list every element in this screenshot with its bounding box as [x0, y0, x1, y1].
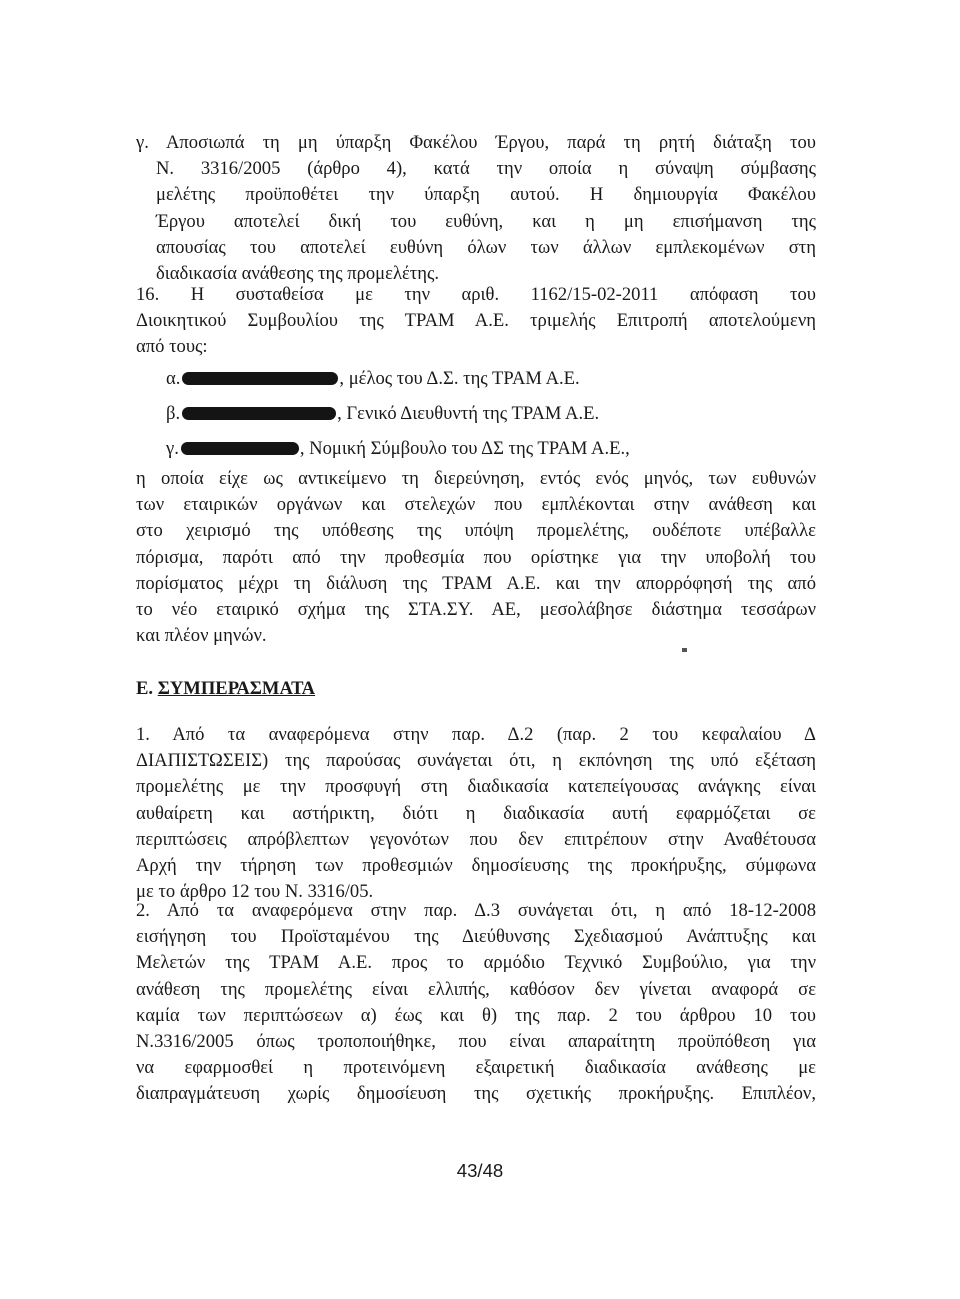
text-line: και πλέον μηνών. — [136, 623, 816, 649]
text-line: 2. Από τα αναφερόμενα στην παρ. Δ.3 συνά… — [136, 898, 816, 924]
text-line: διαπραγμάτευση χωρίς δημοσίευση της σχετ… — [136, 1081, 816, 1107]
document-page: γ. Αποσιωπά τη μη ύπαρξη Φακέλου Έργου, … — [0, 0, 960, 1299]
redacted-name — [181, 442, 299, 455]
text-line: στο χειρισμό της υπόθεσης της υπόψη προμ… — [136, 518, 816, 544]
text-line: το νέο εταιρικό σχήμα της ΣΤΑ.ΣΥ. ΑΕ, με… — [136, 597, 816, 623]
conclusion-paragraph-2: 2. Από τα αναφερόμενα στην παρ. Δ.3 συνά… — [136, 898, 816, 1108]
text-line: αυθαίρετη και αστήρικτη, διότι η διαδικα… — [136, 801, 816, 827]
text-line: απουσίας του αποτελεί ευθύνη όλων των άλ… — [136, 235, 816, 261]
member-role: , Νομική Σύμβουλο του ΔΣ της ΤΡΑΜ Α.Ε., — [300, 438, 630, 459]
conclusion-paragraph-1: 1. Από τα αναφερόμενα στην παρ. Δ.2 (παρ… — [136, 722, 816, 905]
text-line: από τους: — [136, 334, 816, 360]
section-heading-prefix: Ε. — [136, 678, 158, 699]
text-line: καμία των περιπτώσεων α) έως και θ) της … — [136, 1003, 816, 1029]
section-heading: Ε. ΣΥΜΠΕΡΑΣΜΑΤΑ — [136, 678, 315, 700]
text-line: να εφαρμοσθεί η προτεινόμενη εξαιρετική … — [136, 1055, 816, 1081]
text-line: Αρχή την τήρηση των προθεσμιών δημοσίευσ… — [136, 853, 816, 879]
redacted-name — [182, 372, 338, 385]
text-line: η οποία είχε ως αντικείμενο τη διερεύνησ… — [136, 466, 816, 492]
text-line: 1. Από τα αναφερόμενα στην παρ. Δ.2 (παρ… — [136, 722, 816, 748]
text-line: Ν.3316/2005 όπως τροποποιήθηκε, που είνα… — [136, 1029, 816, 1055]
committee-member-c: γ., Νομική Σύμβουλο του ΔΣ της ΤΡΑΜ Α.Ε.… — [166, 436, 630, 462]
text-line: 16. Η συσταθείσα με την αριθ. 1162/15-02… — [136, 282, 816, 308]
redacted-name — [182, 407, 336, 420]
text-line: ΔΙΑΠΙΣΤΩΣΕΙΣ) της παρούσας συνάγεται ότι… — [136, 748, 816, 774]
member-role: , Γενικό Διευθυντή της ΤΡΑΜ Α.Ε. — [337, 403, 599, 424]
item-gamma-paragraph: γ. Αποσιωπά τη μη ύπαρξη Φακέλου Έργου, … — [136, 130, 816, 287]
text-line: των εταιρικών οργάνων και στελεχών που ε… — [136, 492, 816, 518]
text-line: πόρισμα, παρότι από την προθεσμία που ορ… — [136, 545, 816, 571]
text-line: εισήγηση του Προϊσταμένου της Διεύθυνσης… — [136, 924, 816, 950]
text-line: προμελέτης με την προσφυγή στη διαδικασί… — [136, 774, 816, 800]
member-role: , μέλος του Δ.Σ. της ΤΡΑΜ Α.Ε. — [339, 368, 579, 389]
text-line: Ν. 3316/2005 (άρθρο 4), κατά την οποία η… — [136, 156, 816, 182]
list-prefix: γ. — [166, 438, 179, 459]
text-line: Μελετών της ΤΡΑΜ Α.Ε. προς το αρμόδιο Τε… — [136, 950, 816, 976]
committee-member-a: α., μέλος του Δ.Σ. της ΤΡΑΜ Α.Ε. — [166, 366, 580, 392]
item-16-paragraph: 16. Η συσταθείσα με την αριθ. 1162/15-02… — [136, 282, 816, 361]
text-line: Έργου αποτελεί δική του ευθύνη, και η μη… — [136, 209, 816, 235]
list-prefix: α. — [166, 368, 180, 389]
committee-member-b: β., Γενικό Διευθυντή της ΤΡΑΜ Α.Ε. — [166, 401, 599, 427]
text-line: γ. Αποσιωπά τη μη ύπαρξη Φακέλου Έργου, … — [136, 130, 816, 156]
page-number: 43/48 — [0, 1160, 960, 1182]
item-16-continuation: η οποία είχε ως αντικείμενο τη διερεύνησ… — [136, 466, 816, 649]
text-line: περιπτώσεις απρόβλεπτων γεγονότων που δε… — [136, 827, 816, 853]
list-prefix: β. — [166, 403, 180, 424]
text-line: πορίσματος μέχρι τη διάλυση της ΤΡΑΜ Α.Ε… — [136, 571, 816, 597]
text-line: ανάθεση της προμελέτης είναι ελλιπής, κα… — [136, 977, 816, 1003]
section-heading-title: ΣΥΜΠΕΡΑΣΜΑΤΑ — [158, 678, 315, 699]
scan-speck — [682, 648, 687, 652]
text-line: μελέτης προϋποθέτει την ύπαρξη αυτού. Η … — [136, 182, 816, 208]
text-line: Διοικητικού Συμβουλίου της ΤΡΑΜ Α.Ε. τρι… — [136, 308, 816, 334]
